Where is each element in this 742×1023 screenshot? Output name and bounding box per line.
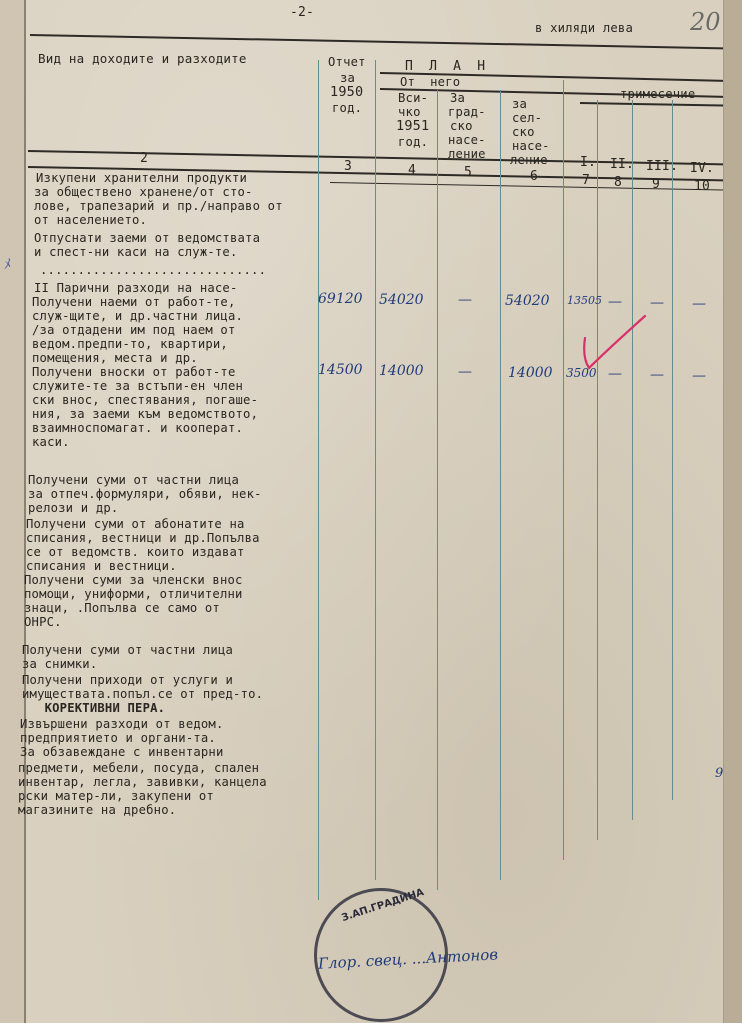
row-text-line: имуществата.попъл.се от пред-то.: [22, 688, 263, 701]
cell-q2: —: [608, 294, 622, 310]
row-text-line: Получени наеми от работ-те,: [32, 296, 236, 309]
col6-header-line4: насе-: [512, 140, 550, 153]
cell-total-1951: 54020: [379, 292, 424, 308]
row-text-line: помощи, униформи, отличителни: [24, 588, 243, 601]
col-divider-9: [632, 100, 633, 820]
row-text-line: ски внос, спестявания, погаше-: [32, 394, 258, 407]
col5-header-line4: насе-: [448, 134, 486, 147]
col-divider-7: [563, 80, 564, 860]
row-text-line: Получени приходи от услуги и: [22, 674, 233, 687]
cell-total-1951: 14000: [379, 363, 424, 379]
cell-report-1950: 14500: [318, 362, 363, 378]
cell-q1: 13505: [567, 294, 602, 307]
row-text-line: знаци, .Попълва се само от: [24, 602, 220, 615]
row-text-line: списания и вестници.: [26, 560, 177, 573]
of-which-header: От него: [400, 76, 460, 89]
col5-header-line3: ско: [450, 120, 473, 133]
cell-rural: 14000: [508, 365, 553, 381]
row-text-line: За обзавеждане с инвентарни: [20, 746, 224, 759]
col-number-8: 8: [614, 176, 622, 189]
pencil-folio-number: 20: [690, 8, 721, 36]
row-text-line: II Парични разходи на насе-: [34, 282, 238, 295]
margin-pen-mark: ﾒ: [4, 254, 11, 274]
cell-q4: —: [692, 368, 706, 384]
col-number-5: 5: [464, 166, 472, 179]
row-text-line: Получени суми от частни лица: [28, 474, 239, 487]
col4-header-line4: год.: [398, 136, 428, 149]
col6-header-line1: за: [512, 98, 527, 111]
quarter-1-header: I.: [580, 156, 596, 169]
row-text-line: Получени суми от абонатите на: [26, 518, 245, 531]
row-text-line: Получени суми от частни лица: [22, 644, 233, 657]
quarter-2-header: II.: [610, 158, 634, 171]
row-text-line: от населението.: [34, 214, 147, 227]
col4-header-line3: 1951: [396, 120, 429, 133]
row-text-line: инвентар, легла, завивки, канцела: [18, 776, 267, 789]
row-text-line: Отпуснати заеми от ведомствата: [34, 232, 260, 245]
section-heading: КОРЕКТИВНИ ПЕРА.: [22, 702, 165, 715]
row-text-line: помещения, места и др.: [32, 352, 198, 365]
row-text-line: /за отдадени им под наем от: [32, 324, 236, 337]
col-divider-5: [437, 90, 438, 890]
row-text-line: рски матер-ли, закупени от: [18, 790, 214, 803]
col-number-4: 4: [408, 164, 416, 177]
units-note: в хиляди лева: [535, 22, 633, 35]
row-text-line: взаимноспомагат. и кооперат.: [32, 422, 243, 435]
col-number-6: 6: [530, 170, 538, 183]
cell-rural: 54020: [505, 293, 550, 309]
quarters-header: тримесечие: [620, 88, 695, 101]
row-text-line: каси.: [32, 436, 70, 449]
row-text-line: предмети, мебели, посуда, спален: [18, 762, 259, 775]
col-number-2: 2: [140, 152, 148, 165]
cell-q4: —: [692, 296, 706, 312]
col-number-3: 3: [344, 160, 352, 173]
binding-margin: [0, 0, 26, 1023]
quarter-3-header: III.: [646, 160, 678, 173]
col-divider-4: [375, 60, 376, 880]
cell-q3: —: [650, 295, 664, 311]
row-text-line: списания, вестници и др.Попълва: [26, 532, 260, 545]
row-text-line: ОНРС.: [24, 616, 62, 629]
row-text-line: служ-щите, и др.частни лица.: [32, 310, 243, 323]
col3-header-line1: Отчет: [328, 56, 366, 69]
row-text-line: Получени вноски от работ-те: [32, 366, 236, 379]
row-text-line: се от ведомств. които издават: [26, 546, 245, 559]
col2-header: Вид на доходите и разходите: [38, 52, 247, 65]
row-text-line: Получени суми за членски внос: [24, 574, 243, 587]
row-text-line: магазините на дребно.: [18, 804, 176, 817]
row-text-line: ведом.предпи-то, квартири,: [32, 338, 228, 351]
row-text-line: Изкупени хранителни продукти: [36, 172, 247, 185]
col6-header-line5: ление: [510, 154, 548, 167]
col-divider-10: [672, 100, 673, 800]
col3-header-line4: год.: [332, 102, 362, 115]
col-divider-3: [318, 60, 319, 900]
row-text-line: и спест-ни каси на служ-те.: [34, 246, 238, 259]
red-checkmark-icon: [575, 312, 655, 382]
row-text-line: за обществено хранене/от сто-: [34, 186, 253, 199]
cell-report-1950: 69120: [318, 291, 363, 307]
row-text-line: предприятието и органи-та.: [20, 732, 216, 745]
col6-header-line3: ско: [512, 126, 535, 139]
plan-header: П Л А Н: [405, 60, 485, 73]
row-text-line: ..............................: [40, 264, 266, 277]
page-number: -2-: [290, 6, 314, 19]
quarter-4-header: IV.: [690, 162, 714, 175]
col5-header-line1: За: [450, 92, 465, 105]
row-text-line: релози и др.: [28, 502, 118, 515]
col-divider-8: [597, 100, 598, 840]
row-text-line: лове, трапезарий и пр./направо от: [34, 200, 283, 213]
quarters-rule: [580, 102, 730, 107]
page-edge: [723, 0, 742, 1023]
row-text-line: Извършени разходи от ведом.: [20, 718, 224, 731]
col3-header-line3: 1950: [330, 86, 363, 99]
table-top-rule: [30, 34, 730, 49]
col-number-9: 9: [652, 178, 660, 191]
col6-header-line2: сел-: [512, 112, 542, 125]
col-number-7: 7: [582, 174, 590, 187]
col5-header-line2: град-: [448, 106, 486, 119]
col-number-10: 10: [694, 180, 710, 193]
row-text-line: за отпеч.формуляри, обяви, нек-: [28, 488, 262, 501]
col4-header-line1: Вси-: [398, 92, 428, 105]
row-text-line: ния, за заеми към ведомството,: [32, 408, 258, 421]
row-text-line: за снимки.: [22, 658, 97, 671]
col5-header-line5: ление: [448, 148, 486, 161]
cell-urban: —: [458, 364, 472, 380]
row-text-line: служите-те за встъпи-ен член: [32, 380, 243, 393]
col-divider-6: [500, 90, 501, 880]
cell-urban: —: [458, 292, 472, 308]
document-page: ﾒ -2- в хиляди лева 20 Вид на доходите и…: [0, 0, 730, 1023]
